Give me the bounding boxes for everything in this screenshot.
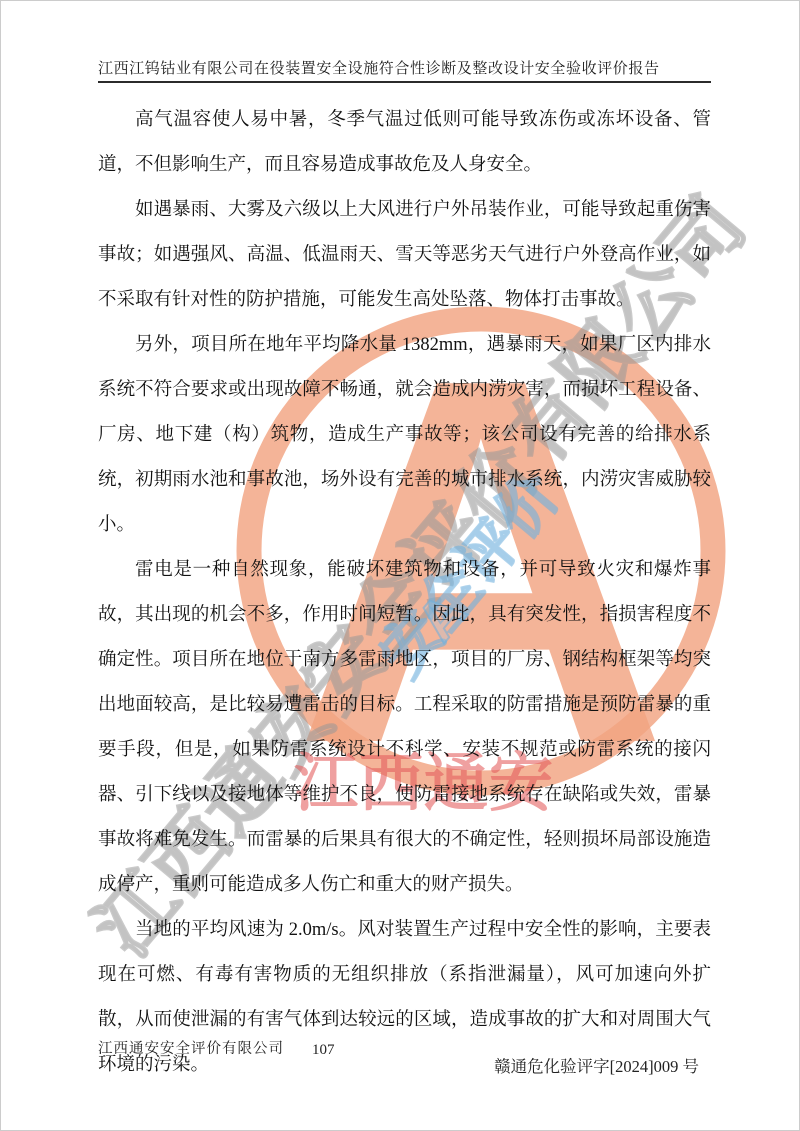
body-paragraph-1: 高气温容使人易中暑，冬季气温过低则可能导致冻伤或冻坏设备、管道，不但影响生产，而… xyxy=(98,98,711,188)
footer-doc-number: 赣通危化验评字[2024]009 号 xyxy=(494,1053,699,1077)
report-body: 高气温容使人易中暑，冬季气温过低则可能导致冻伤或冻坏设备、管道，不但影响生产，而… xyxy=(98,98,711,1088)
footer-company-name: 江西通安安全评价有限公司 xyxy=(98,1037,284,1058)
page-content: 江西江钨钴业有限公司在役装置安全设施符合性诊断及整改设计安全验收评价报告 高气温… xyxy=(1,1,799,1130)
footer-page-number: 107 xyxy=(312,1042,335,1059)
header-rule xyxy=(98,81,711,83)
body-paragraph-4: 雷电是一种自然现象，能破坏建筑物和设备，并可导致火灾和爆炸事故，其出现的机会不多… xyxy=(98,548,711,908)
report-header-title: 江西江钨钴业有限公司在役装置安全设施符合性诊断及整改设计安全验收评价报告 xyxy=(98,57,660,78)
body-paragraph-3: 另外，项目所在地年平均降水量 1382mm，遇暴雨天，如果厂区内排水系统不符合要… xyxy=(98,323,711,548)
report-page: A 江西通安安全评价有限公司 安全评价 A 江西通安 江西江钨钴业有限公司在役装… xyxy=(0,0,800,1131)
body-paragraph-2: 如遇暴雨、大雾及六级以上大风进行户外吊装作业，可能导致起重伤害事故；如遇强风、高… xyxy=(98,188,711,323)
